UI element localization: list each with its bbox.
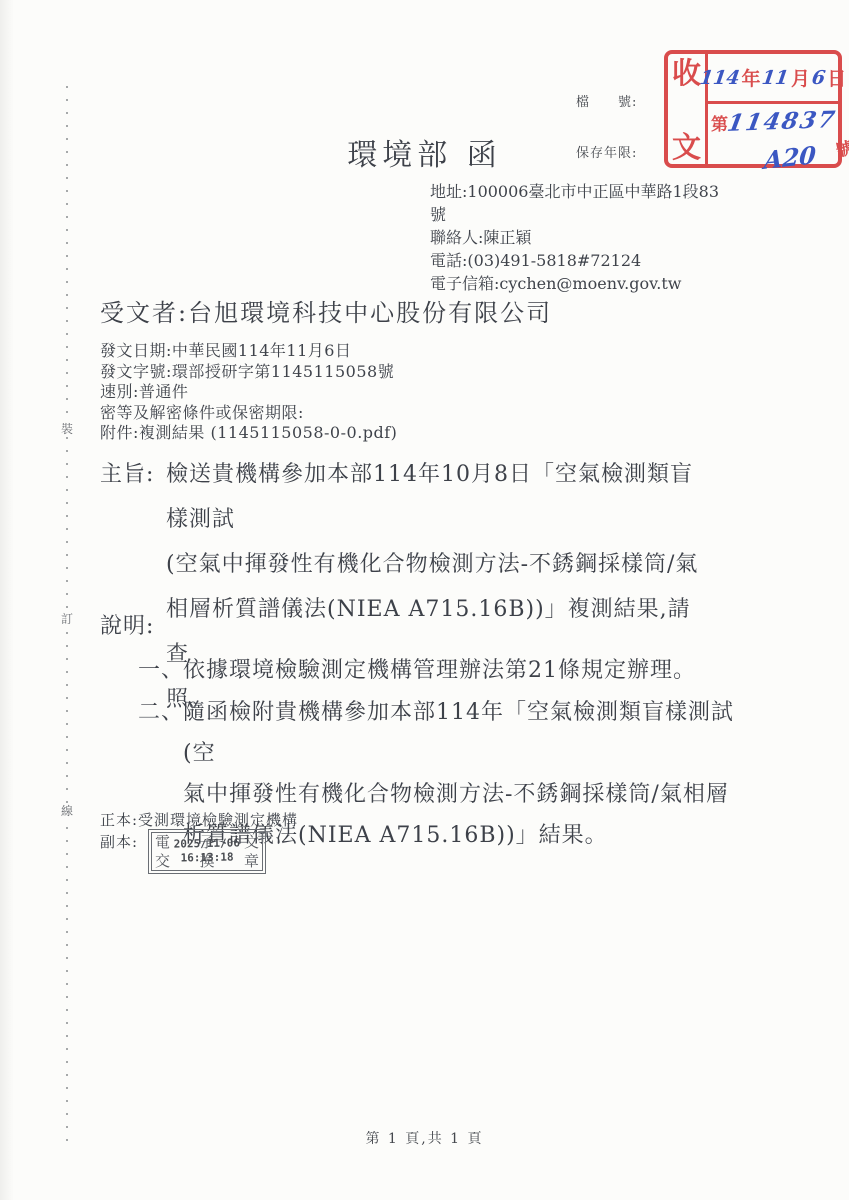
sender-phone: 電話:(03)491-5818#72124 xyxy=(430,249,719,272)
month-unit: 月 xyxy=(791,64,810,91)
item-1-number: 一、 xyxy=(138,650,184,691)
explanation-label: 說明: xyxy=(100,609,154,640)
year-unit: 年 xyxy=(741,64,760,91)
item-2-line: 隨函檢附貴機構參加本部114年「空氣檢測類盲樣測試(空 xyxy=(183,692,738,774)
subject-line: (空氣中揮發性有機化合物檢測方法-不銹鋼採樣筒/氣 xyxy=(166,542,700,587)
document-title: 環境部 函 xyxy=(0,130,849,174)
security-class-line: 密等及解密條件或保密期限: xyxy=(100,403,397,424)
sender-email: 電子信箱:cychen@moenv.gov.tw xyxy=(430,272,719,295)
handwritten-year: 114 xyxy=(698,67,741,89)
subject-line: 檢送貴機構參加本部114年10月8日「空氣檢測類盲樣測試 xyxy=(166,452,700,542)
copy-label: 副本: xyxy=(100,832,138,853)
official-letter-page: 裝 訂 線 檔 號: 保存年限: 收 文 114 年 11 月 6 日 第 11… xyxy=(0,0,849,1200)
file-number-label: 檔 號: xyxy=(576,94,637,111)
document-meta-block: 發文日期:中華民國114年11月6日 發文字號:環部授研字第1145115058… xyxy=(100,341,397,444)
binding-char-ding: 訂 xyxy=(59,612,75,626)
electronic-exchange-stamp: 電 子 文 交 換 章 2025/11/06 16:13:18 xyxy=(148,829,266,874)
exchange-time: 16:13:18 xyxy=(152,850,262,866)
speed-class-line: 速別:普通件 xyxy=(100,382,397,403)
sender-contact-person: 聯絡人:陳正穎 xyxy=(430,226,719,249)
sender-address-line2: 號 xyxy=(430,203,719,226)
exchange-stamp-datetime: 2025/11/06 16:13:18 xyxy=(152,836,262,866)
attachment-line: 附件:複測結果 (1145115058-0-0.pdf) xyxy=(100,423,397,444)
handwritten-month: 11 xyxy=(761,67,791,89)
page-number-footer: 第 1 頁,共 1 頁 xyxy=(0,1128,849,1148)
subject-label: 主旨: xyxy=(100,452,154,497)
handwritten-day: 6 xyxy=(810,67,826,89)
explanation-item-1: 一、 依據環境檢驗測定機構管理辦法第21條規定辦理。 xyxy=(138,650,738,691)
receive-stamp-char-shou: 收 xyxy=(672,58,701,88)
item-1-line: 依據環境檢驗測定機構管理辦法第21條規定辦理。 xyxy=(183,650,738,691)
binding-char-zhuang: 裝 xyxy=(59,422,75,436)
item-2-number: 二、 xyxy=(138,692,184,733)
sender-contact-block: 地址:100006臺北市中正區中華路1段83 號 聯絡人:陳正穎 電話:(03)… xyxy=(430,180,719,295)
archival-labels: 檔 號: 保存年限: xyxy=(576,60,637,196)
day-unit: 日 xyxy=(827,64,846,91)
sender-address-line1: 地址:100006臺北市中正區中華路1段83 xyxy=(430,180,719,203)
recipient-line: 受文者:台旭環境科技中心股份有限公司 xyxy=(100,293,552,328)
receive-stamp-date-row: 114 年 11 月 6 日 xyxy=(708,54,838,104)
binding-char-xian: 線 xyxy=(59,804,75,818)
item-2-line: 氣中揮發性有機化合物檢測方法-不銹鋼採樣筒/氣相層 xyxy=(183,774,738,815)
original-recipient-line: 正本:受測環境檢驗測定機構 xyxy=(100,810,298,831)
issue-date-line: 發文日期:中華民國114年11月6日 xyxy=(100,341,397,362)
issue-number-line: 發文字號:環部授研字第1145115058號 xyxy=(100,362,397,383)
